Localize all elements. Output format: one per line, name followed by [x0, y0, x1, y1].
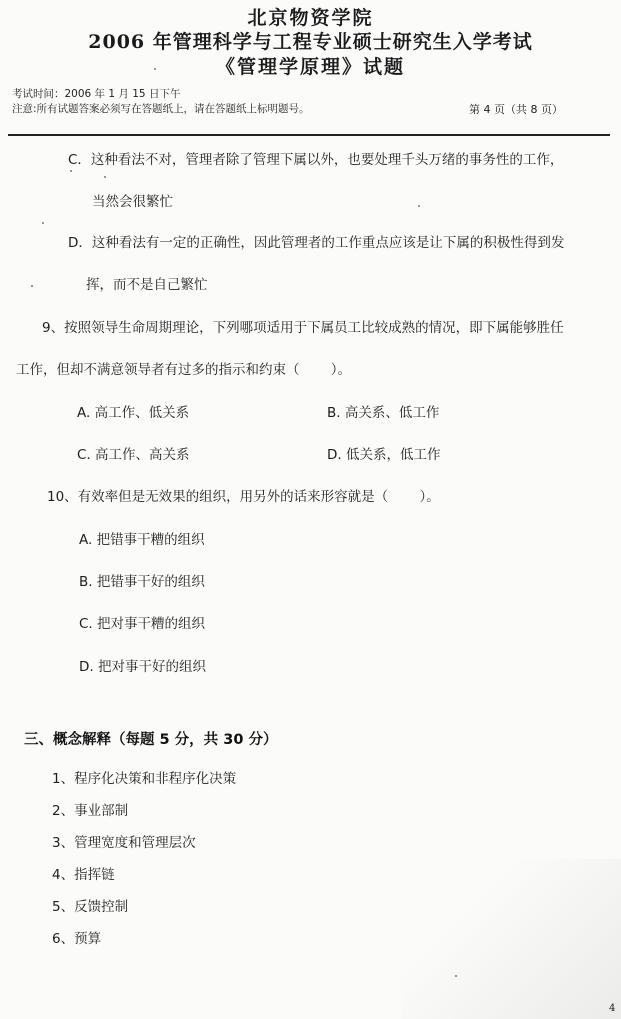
- scan-speck: [418, 205, 420, 207]
- section3-heading: 三、概念解释（每题 5 分，共 30 分）: [24, 728, 277, 749]
- institution-title: 北京物资学院: [0, 3, 621, 30]
- q10-option-b: B. 把错事干好的组织: [79, 570, 205, 590]
- section3-item-2: 2、事业部制: [52, 799, 128, 819]
- q9-option-d: D. 低关系，低工作: [327, 443, 440, 463]
- q9-option-a: A. 高工作、低关系: [77, 401, 189, 421]
- scan-speck: [104, 176, 106, 178]
- q9-option-c: C. 高工作、高关系: [77, 443, 190, 463]
- scan-shading: [401, 859, 621, 1019]
- subject-title: 《管理学原理》试题: [0, 52, 621, 79]
- scan-speck: [154, 68, 156, 70]
- q10-stem: 10、有效率但是无效果的组织，用另外的话来形容就是（ ）。: [47, 485, 440, 505]
- page-number: 4: [609, 1003, 615, 1014]
- section3-item-4: 4、指挥链: [52, 863, 115, 883]
- page-info: 第 4 页（共 8 页）: [469, 101, 563, 117]
- q10-option-a: A. 把错事干糟的组织: [79, 528, 205, 548]
- q9-stem-line1: 9、按照领导生命周期理论，下列哪项适用于下属员工比较成熟的情况，即下属能够胜任: [42, 316, 564, 336]
- q9-option-b: B. 高关系、低工作: [327, 401, 439, 421]
- scan-speck: [42, 222, 44, 224]
- q9-stem-line2: 工作，但却不满意领导者有过多的指示和约束（ ）。: [16, 358, 351, 378]
- q8-option-c-line1: C．这种看法不对，管理者除了管理下属以外，也要处理千头万绪的事务性的工作，: [68, 148, 563, 168]
- exam-page: 北京物资学院 2006 年管理科学与工程专业硕士研究生入学考试 《管理学原理》试…: [0, 0, 621, 1019]
- q10-option-d: D. 把对事干好的组织: [79, 655, 206, 675]
- exam-time: 考试时间：2006 年 1 月 15 日下午: [12, 86, 180, 101]
- section3-item-3: 3、管理宽度和管理层次: [52, 831, 196, 851]
- section3-item-5: 5、反馈控制: [52, 895, 128, 915]
- q8-option-d-line2: 挥，而不是自己繁忙: [86, 273, 208, 293]
- header-divider: [8, 134, 610, 136]
- exam-title: 2006 年管理科学与工程专业硕士研究生入学考试: [0, 27, 621, 54]
- q8-option-d-line1: D．这种看法有一定的正确性，因此管理者的工作重点应该是让下属的积极性得到发: [68, 231, 564, 251]
- scan-speck: [70, 170, 72, 172]
- scan-speck: [455, 975, 457, 977]
- scan-speck: [31, 285, 33, 287]
- section3-item-6: 6、预算: [52, 927, 101, 947]
- q10-option-c: C. 把对事干糟的组织: [79, 612, 205, 632]
- exam-notice: 注意:所有试题答案必须写在答题纸上，请在答题纸上标明题号。: [12, 101, 310, 116]
- q8-option-c-line2: 当然会很繁忙: [92, 190, 173, 210]
- section3-item-1: 1、程序化决策和非程序化决策: [52, 767, 236, 787]
